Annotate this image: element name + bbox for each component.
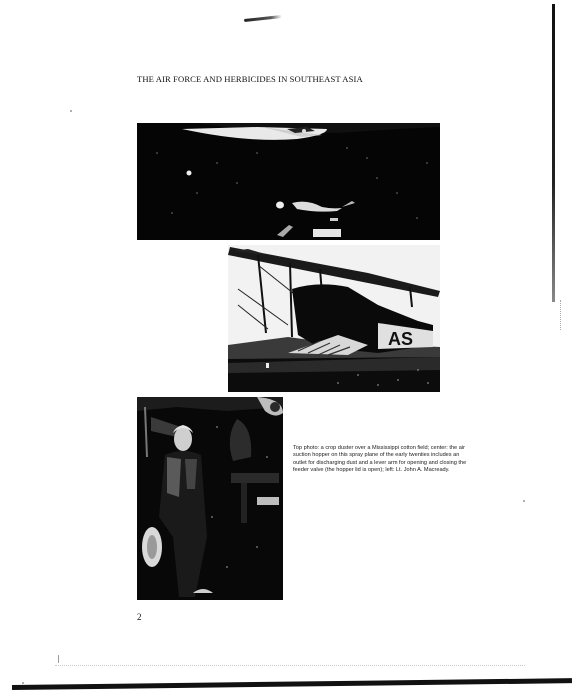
page-bottom-edge (12, 678, 572, 690)
plane-marking: AS (388, 329, 413, 349)
page-number: 2 (137, 612, 142, 622)
scan-speck (58, 655, 59, 663)
photo-spray-plane: AS (228, 245, 440, 392)
photo-crop-duster (137, 123, 440, 240)
photo-macready (137, 397, 283, 600)
photo-caption: Top photo: a crop duster over a Mississi… (293, 445, 473, 475)
page-edge-rule (552, 4, 555, 302)
running-head: THE AIR FORCE AND HERBICIDES IN SOUTHEAS… (137, 74, 363, 84)
scan-artifact-dots (560, 300, 562, 330)
macready-photo-art (137, 397, 283, 600)
scan-artifact-mark (244, 15, 282, 22)
scan-artifact-line (55, 665, 525, 667)
spray-plane-photo-art: AS (228, 245, 440, 392)
scan-speck (523, 500, 525, 502)
scan-speck (22, 682, 24, 684)
scan-speck (70, 110, 72, 112)
crop-duster-photo-art (137, 123, 440, 240)
